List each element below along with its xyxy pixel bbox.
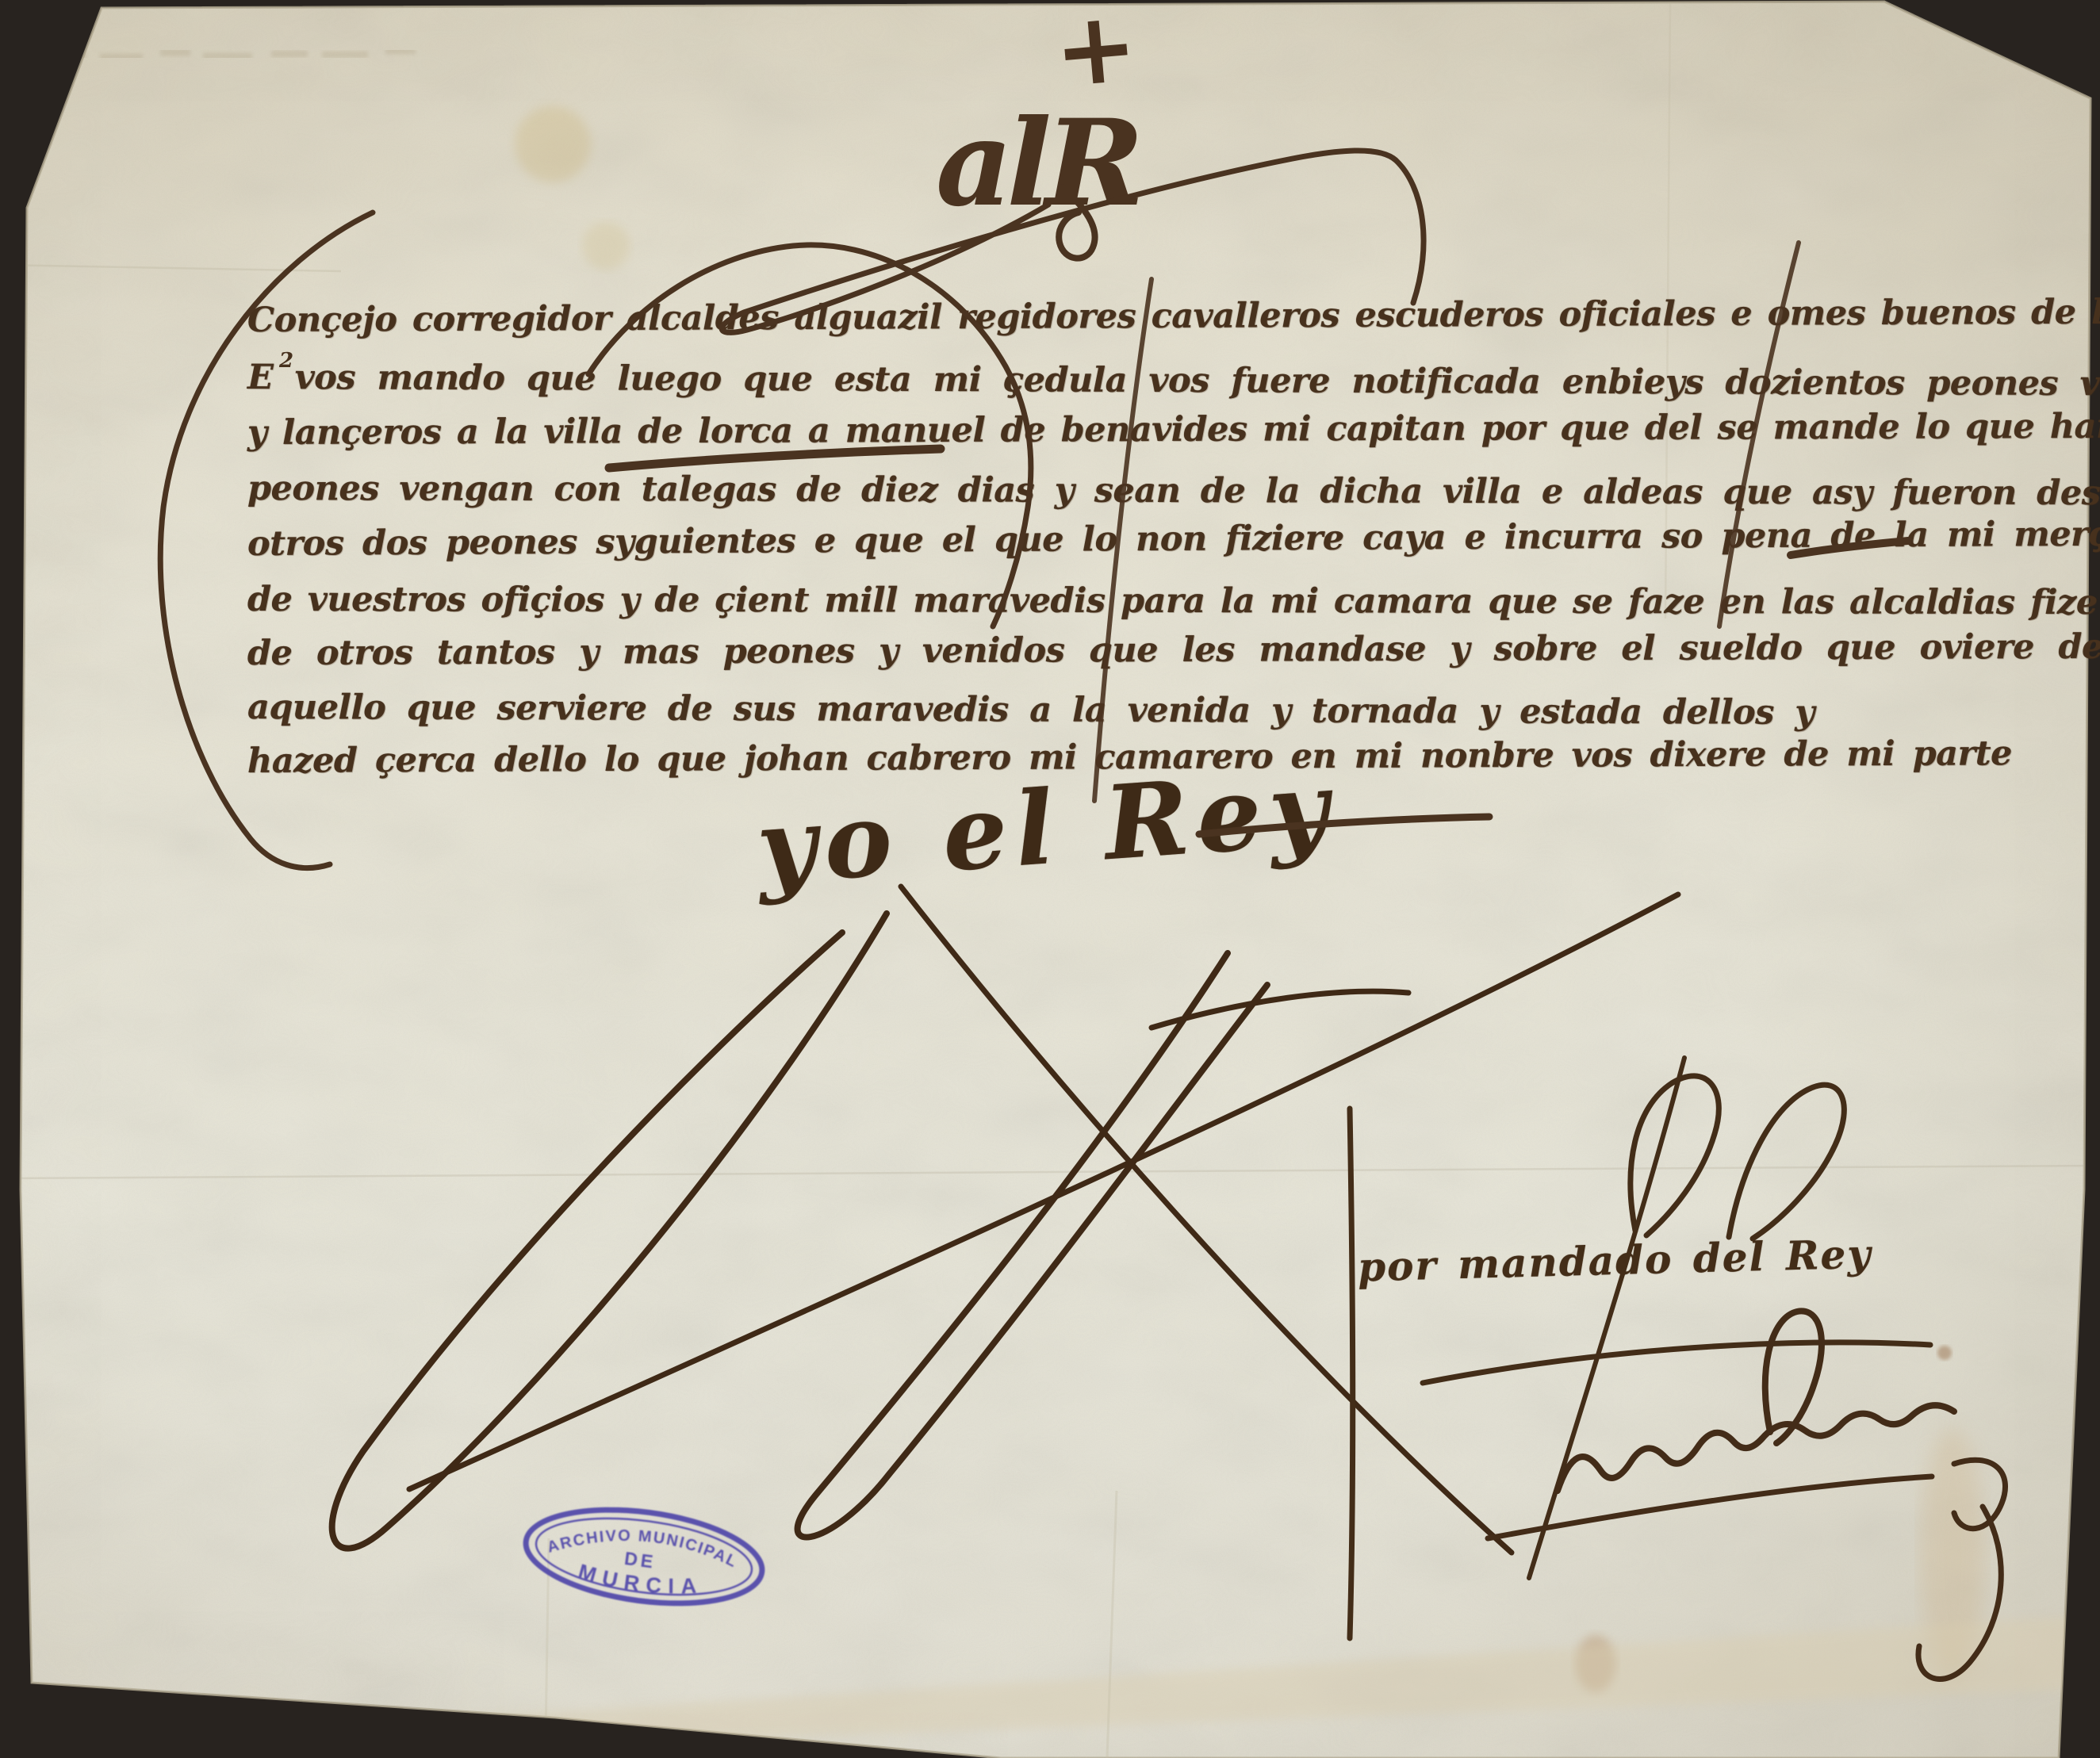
stain [582,222,630,270]
stain [515,106,591,182]
edge-ink-blot [23,79,34,90]
scanned-document: Conçejo corregidor alcaldes alguazil reg… [0,0,2100,1758]
paper-vignette [0,0,2100,1758]
stain [1937,1346,1952,1360]
paper-layer [0,0,2100,1758]
